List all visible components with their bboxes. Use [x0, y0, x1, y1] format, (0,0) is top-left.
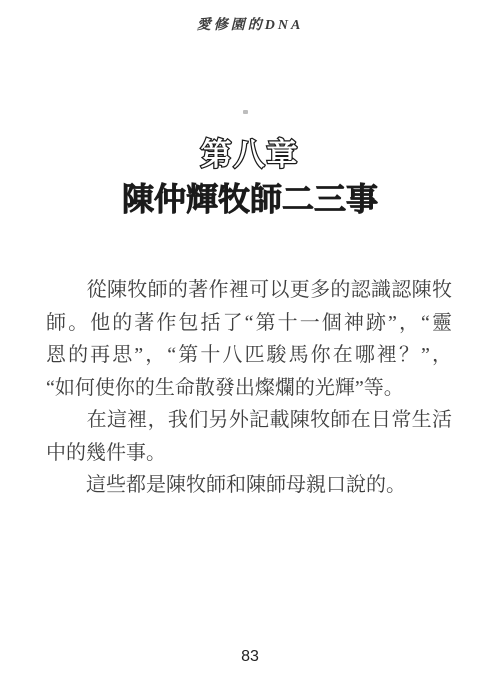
- chapter-name-title: 陳仲輝牧師二三事: [0, 179, 500, 219]
- page-number: 83: [0, 648, 500, 666]
- paragraph: 在這裡，我们另外記載陳牧師在日常生活中的幾件事。: [46, 404, 452, 469]
- body-line: 這些都是陳牧師和陳師母親口說的。: [46, 469, 452, 502]
- body-line: “如何使你的生命散發出燦爛的光輝”等。: [46, 372, 452, 405]
- body-text: 從陳牧師的著作裡可以更多的認識認陳牧師。他的著作包括了“第十一個神跡”，“靈恩的…: [46, 274, 452, 502]
- scan-speck: [243, 110, 248, 114]
- body-line: 恩的再思”，“第十八匹駿馬你在哪裡？”，: [46, 339, 452, 372]
- chapter-number-title: 第八章: [0, 137, 500, 173]
- body-line: 從陳牧師的著作裡可以更多的認識認陳牧: [46, 274, 452, 307]
- paragraph: 這些都是陳牧師和陳師母親口說的。: [46, 469, 452, 502]
- book-page: 愛修園的DNA 第八章 陳仲輝牧師二三事 從陳牧師的著作裡可以更多的認識認陳牧師…: [0, 0, 500, 700]
- body-line: 師。他的著作包括了“第十一個神跡”，“靈: [46, 307, 452, 340]
- running-header: 愛修園的DNA: [0, 14, 500, 34]
- body-line: 中的幾件事。: [46, 437, 452, 470]
- body-line: 在這裡，我们另外記載陳牧師在日常生活: [46, 404, 452, 437]
- paragraph: 從陳牧師的著作裡可以更多的認識認陳牧師。他的著作包括了“第十一個神跡”，“靈恩的…: [46, 274, 452, 404]
